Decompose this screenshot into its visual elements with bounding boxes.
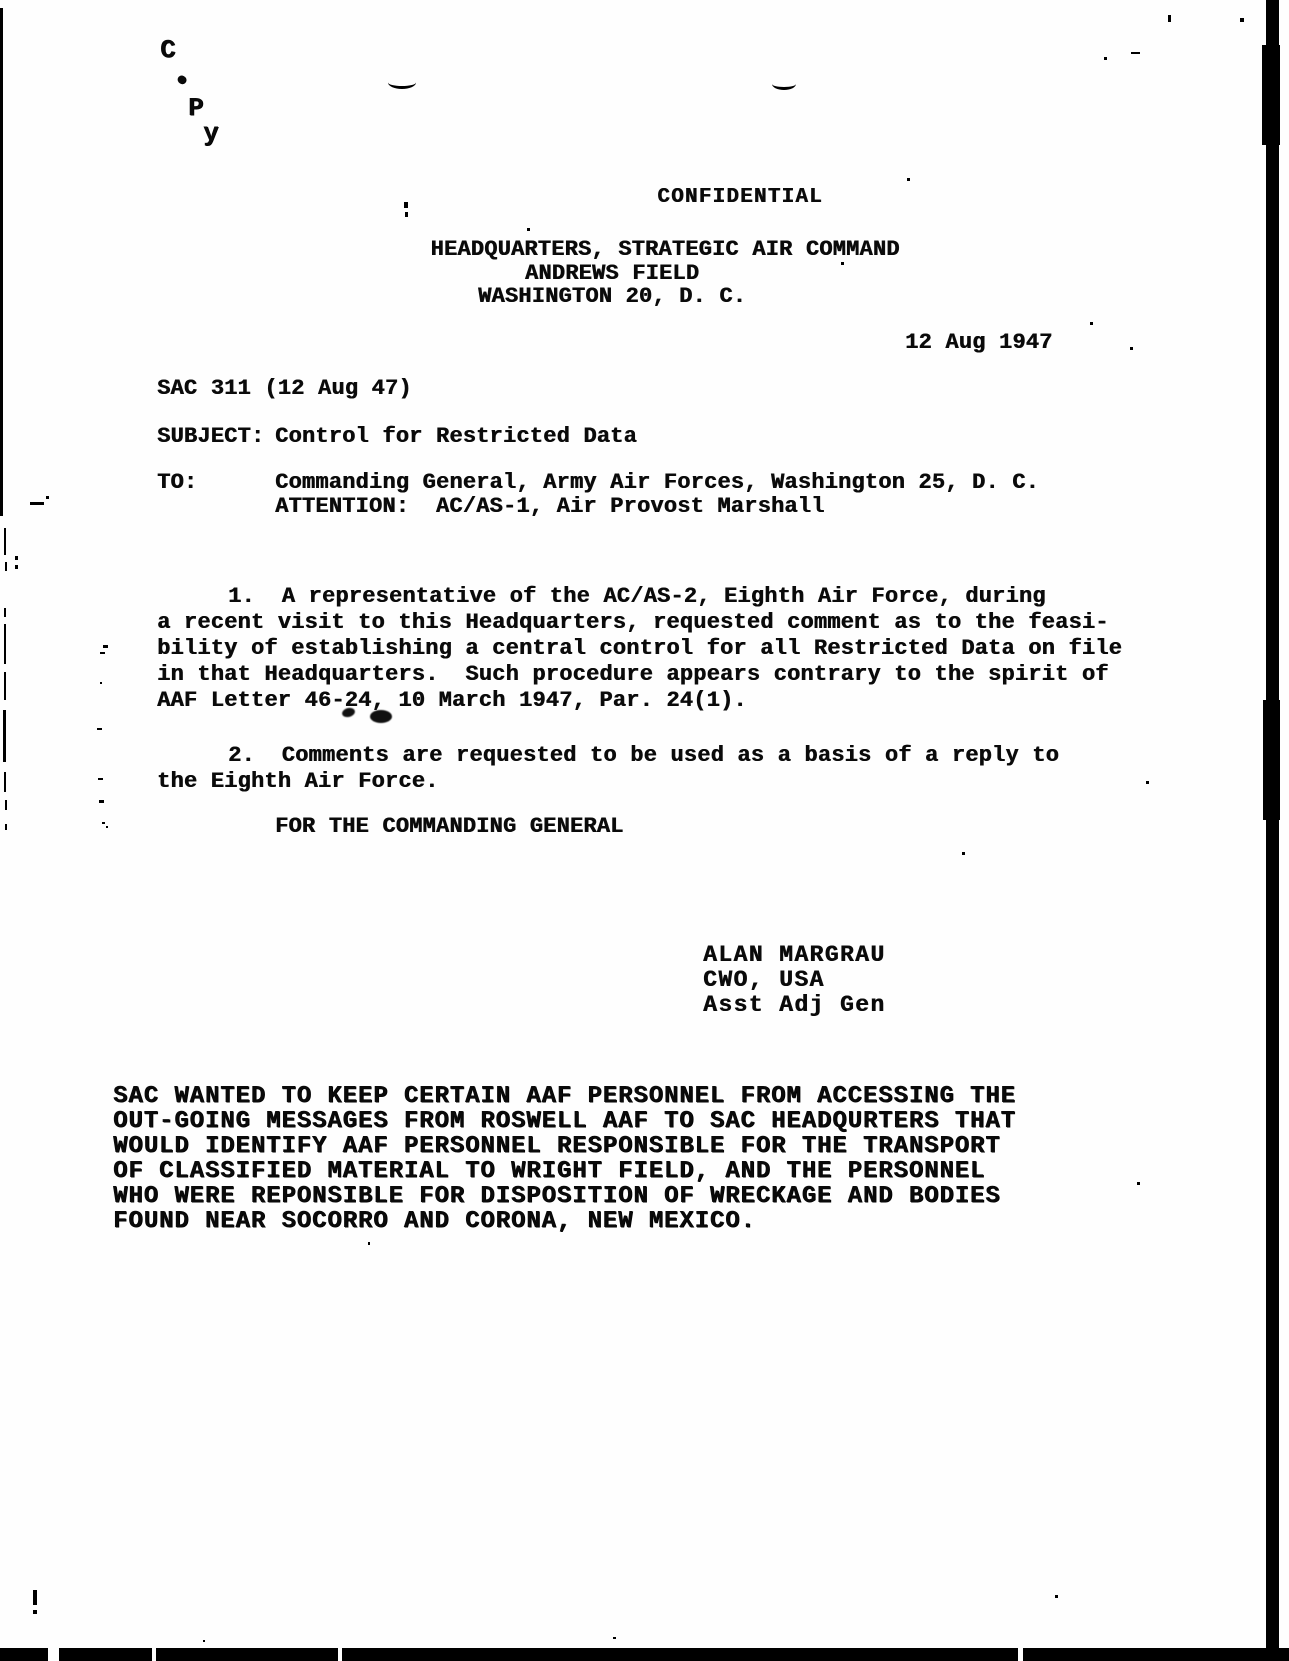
bottom-edge-scan-bar — [0, 1648, 1289, 1661]
paragraph-2-line-1: 2. Comments are requested to be used as … — [228, 744, 1059, 768]
margin-dot — [106, 826, 108, 828]
annotation-line-4: OF CLASSIFIED MATERIAL TO WRIGHT FIELD, … — [113, 1160, 985, 1184]
ink-speck — [1130, 347, 1133, 350]
ink-smudge — [370, 710, 392, 723]
pen-squiggle — [772, 78, 796, 90]
ink-speck — [1104, 57, 1107, 60]
annotation-line-6: FOUND NEAR SOCORRO AND CORONA, NEW MEXIC… — [113, 1210, 756, 1234]
annotation-line-2: OUT-GOING MESSAGES FROM ROSWELL AAF TO S… — [113, 1110, 1016, 1134]
margin-tick — [30, 502, 44, 505]
left-margin-dash — [4, 528, 6, 555]
left-edge-scan-line — [0, 8, 3, 516]
ink-speck — [527, 228, 530, 231]
bottom-bar-gap — [1018, 1648, 1023, 1661]
ink-speck — [1146, 781, 1149, 784]
left-margin-dash — [4, 672, 6, 700]
ink-speck — [404, 202, 408, 208]
copy-stamp-letter-p: P — [188, 96, 204, 120]
bottom-bar-gap — [48, 1648, 59, 1661]
left-margin-dash — [4, 772, 6, 792]
margin-dot — [100, 682, 102, 684]
paragraph-1-line-2: a recent visit to this Headquarters, req… — [157, 611, 1109, 635]
ink-speck — [1131, 52, 1140, 54]
margin-dot — [46, 496, 49, 499]
ink-speck — [368, 1242, 370, 1245]
ink-speck — [1240, 18, 1244, 22]
pen-squiggle — [388, 76, 416, 89]
to-value: Commanding General, Army Air Forces, Was… — [275, 471, 1039, 495]
ink-speck — [841, 262, 844, 265]
to-label: TO: — [157, 471, 197, 495]
annotation-line-3: WOULD IDENTIFY AAF PERSONNEL RESPONSIBLE… — [113, 1135, 1001, 1159]
bottom-bar-gap — [338, 1648, 342, 1661]
letterhead-city-line: WASHINGTON 20, D. C. — [478, 285, 746, 309]
ink-speck — [613, 1637, 616, 1639]
ink-speck — [1055, 1595, 1058, 1598]
left-margin-dash — [3, 710, 6, 762]
right-edge-scan-bar-bump — [1262, 45, 1280, 145]
margin-tick — [103, 645, 108, 648]
copy-stamp-letter-y: y — [203, 121, 219, 145]
signature-name: ALAN MARGRAU — [703, 943, 885, 967]
ink-speck — [405, 212, 408, 217]
letterhead-field-line: ANDREWS FIELD — [525, 262, 699, 286]
ink-speck — [1090, 322, 1093, 325]
paragraph-1-line-4: in that Headquarters. Such procedure app… — [157, 663, 1109, 687]
scanned-memo-page: C ● P y CONFIDENTIAL HEADQUARTERS, STRAT… — [0, 0, 1289, 1661]
annotation-line-5: WHO WERE REPONSIBLE FOR DISPOSITION OF W… — [113, 1185, 1001, 1209]
left-margin-dash — [4, 608, 6, 617]
right-edge-scan-bar-bump2 — [1263, 700, 1280, 820]
ink-speck — [1137, 1182, 1140, 1185]
margin-tick — [98, 778, 103, 780]
ink-speck — [33, 1610, 37, 1614]
margin-tick — [99, 800, 104, 803]
copy-stamp-letter-c: C — [160, 38, 176, 62]
paragraph-1-line-5: AAF Letter 46-24, 10 March 1947, Par. 24… — [157, 689, 747, 713]
copy-stamp-letter-o: ● — [176, 68, 188, 92]
ink-speck — [962, 852, 965, 855]
bottom-bar-gap — [152, 1648, 156, 1661]
left-margin-dash — [4, 624, 6, 664]
left-margin-dash — [5, 824, 7, 830]
subject-label: SUBJECT: — [157, 425, 264, 449]
signature-title: Asst Adj Gen — [703, 993, 885, 1017]
ink-speck — [33, 1590, 37, 1605]
left-margin-dot — [15, 556, 18, 560]
subject-value: Control for Restricted Data — [275, 425, 637, 449]
signature-rank: CWO, USA — [703, 968, 825, 992]
right-edge-scan-bar — [1266, 0, 1279, 1661]
paragraph-2-line-2: the Eighth Air Force. — [157, 770, 438, 794]
closing-authority-line: FOR THE COMMANDING GENERAL — [275, 815, 623, 839]
margin-tick — [97, 728, 102, 730]
memo-date: 12 Aug 1947 — [905, 331, 1052, 355]
left-margin-dash — [5, 562, 7, 571]
letterhead-command-line: HEADQUARTERS, STRATEGIC AIR COMMAND — [430, 238, 899, 262]
ink-speck — [1168, 15, 1171, 22]
attention-line: ATTENTION: AC/AS-1, Air Provost Marshall — [275, 495, 825, 519]
margin-dot — [102, 822, 105, 824]
classification-marking: CONFIDENTIAL — [657, 186, 823, 210]
reference-number: SAC 311 (12 Aug 47) — [157, 377, 412, 401]
paragraph-1-line-3: bility of establishing a central control… — [157, 637, 1122, 661]
paragraph-1-line-1: 1. A representative of the AC/AS-2, Eigh… — [228, 585, 1046, 609]
margin-tick — [100, 652, 105, 654]
annotation-line-1: SAC WANTED TO KEEP CERTAIN AAF PERSONNEL… — [113, 1085, 1016, 1109]
ink-speck — [203, 1640, 205, 1642]
ink-speck — [907, 178, 910, 181]
left-margin-dot — [15, 565, 18, 569]
left-margin-dash — [5, 800, 7, 810]
